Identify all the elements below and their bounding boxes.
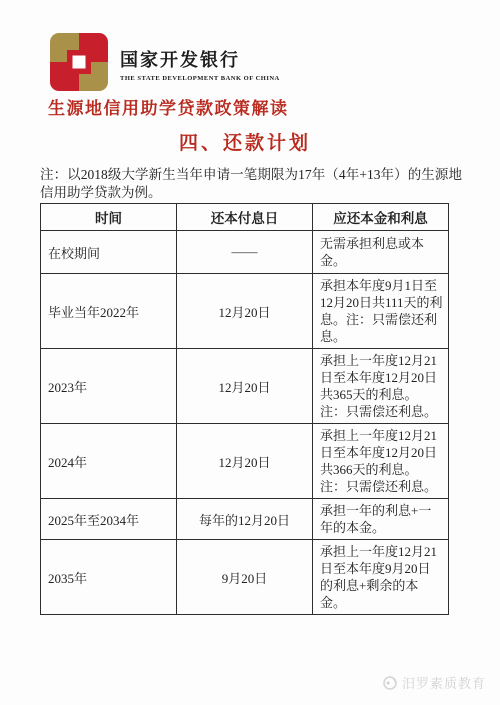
table-row: 毕业当年2022年 12月20日 承担本年度9月1日至12月20日共111天的利… [41, 274, 449, 349]
policy-subtitle: 生源地信用助学贷款政策解读 [48, 94, 289, 119]
table-row: 2024年 12月20日 承担上一年度12月21日至本年度12月20日共366天… [41, 424, 449, 499]
note-text: 注：以2018级大学新生当年申请一笔期限为17年（4年+13年）的生源地信用助学… [40, 166, 462, 202]
table-header-row: 时间 还本付息日 应还本金和利息 [41, 204, 449, 231]
cell-time: 2025年至2034年 [41, 499, 177, 540]
watermark: 汨罗素质教育 [382, 673, 486, 692]
header-principal-interest: 应还本金和利息 [313, 204, 449, 231]
table-row: 2023年 12月20日 承担上一年度12月21日至本年度12月20日共365天… [41, 349, 449, 424]
brand-names: 国家开发银行 THE STATE DEVELOPMENT BANK OF CHI… [120, 42, 280, 82]
cell-date: 12月20日 [177, 349, 313, 424]
cell-detail: 承担上一年度12月21日至本年度12月20日共365天的利息。注：只需偿还利息。 [313, 349, 449, 424]
table-row: 2025年至2034年 每年的12月20日 承担一年的利息+一年的本金。 [41, 499, 449, 540]
cell-time: 2024年 [41, 424, 177, 499]
table-row: 2035年 9月20日 承担上一年度12月21日至本年度9月20日的利息+剩余的… [41, 540, 449, 615]
watermark-text: 汨罗素质教育 [402, 673, 486, 692]
cell-time: 毕业当年2022年 [41, 274, 177, 349]
cell-detail: 无需承担利息或本金。 [313, 231, 449, 274]
header-time: 时间 [41, 204, 177, 231]
bank-name-english: THE STATE DEVELOPMENT BANK OF CHINA [120, 75, 280, 82]
cell-date: —— [177, 231, 313, 274]
cell-detail: 承担一年的利息+一年的本金。 [313, 499, 449, 540]
bank-name-chinese: 国家开发银行 [120, 46, 280, 72]
cell-time: 2035年 [41, 540, 177, 615]
cell-time: 在校期间 [41, 231, 177, 274]
header-payment-date: 还本付息日 [177, 204, 313, 231]
table-row: 在校期间 —— 无需承担利息或本金。 [41, 231, 449, 274]
cell-detail: 承担上一年度12月21日至本年度9月20日的利息+剩余的本金。 [313, 540, 449, 615]
section-title: 四、还款计划 [40, 128, 450, 155]
logo-center-inner-square [73, 56, 86, 69]
cell-date: 12月20日 [177, 424, 313, 499]
cell-date: 12月20日 [177, 274, 313, 349]
cell-time: 2023年 [41, 349, 177, 424]
cell-detail: 承担上一年度12月21日至本年度12月20日共366天的利息。注：只需偿还利息。 [313, 424, 449, 499]
bank-logo-icon [50, 33, 108, 91]
watermark-logo-icon [382, 675, 398, 691]
cell-date: 每年的12月20日 [177, 499, 313, 540]
brand-header: 国家开发银行 THE STATE DEVELOPMENT BANK OF CHI… [50, 33, 280, 91]
cell-date: 9月20日 [177, 540, 313, 615]
repayment-plan-table: 时间 还本付息日 应还本金和利息 在校期间 —— 无需承担利息或本金。 毕业当年… [40, 203, 449, 615]
page: 国家开发银行 THE STATE DEVELOPMENT BANK OF CHI… [0, 0, 500, 705]
cell-detail: 承担本年度9月1日至12月20日共111天的利息。注：只需偿还利息。 [313, 274, 449, 349]
